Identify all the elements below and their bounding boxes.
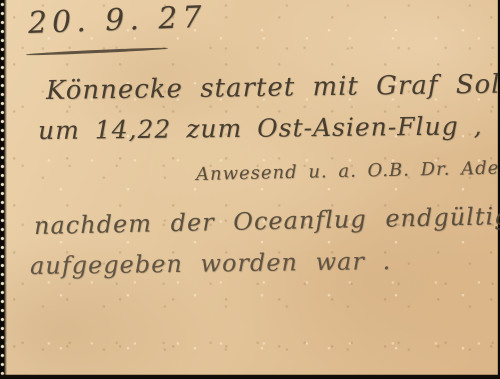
scanned-note-card: 20. 9. 27 Könnecke startet mit Graf Solm… <box>0 0 500 379</box>
paper-background <box>2 0 498 375</box>
scan-bottom-edge <box>0 374 500 379</box>
date-text: 20. 9. 27 <box>27 0 207 41</box>
note-line-1: Könnecke startet mit Graf Solms <box>46 69 500 106</box>
perforated-left-edge <box>0 0 7 379</box>
note-line-5: aufgegeben worden war . <box>30 247 391 280</box>
note-line-2: um 14,22 zum Ost-Asien-Flug , <box>38 111 483 145</box>
